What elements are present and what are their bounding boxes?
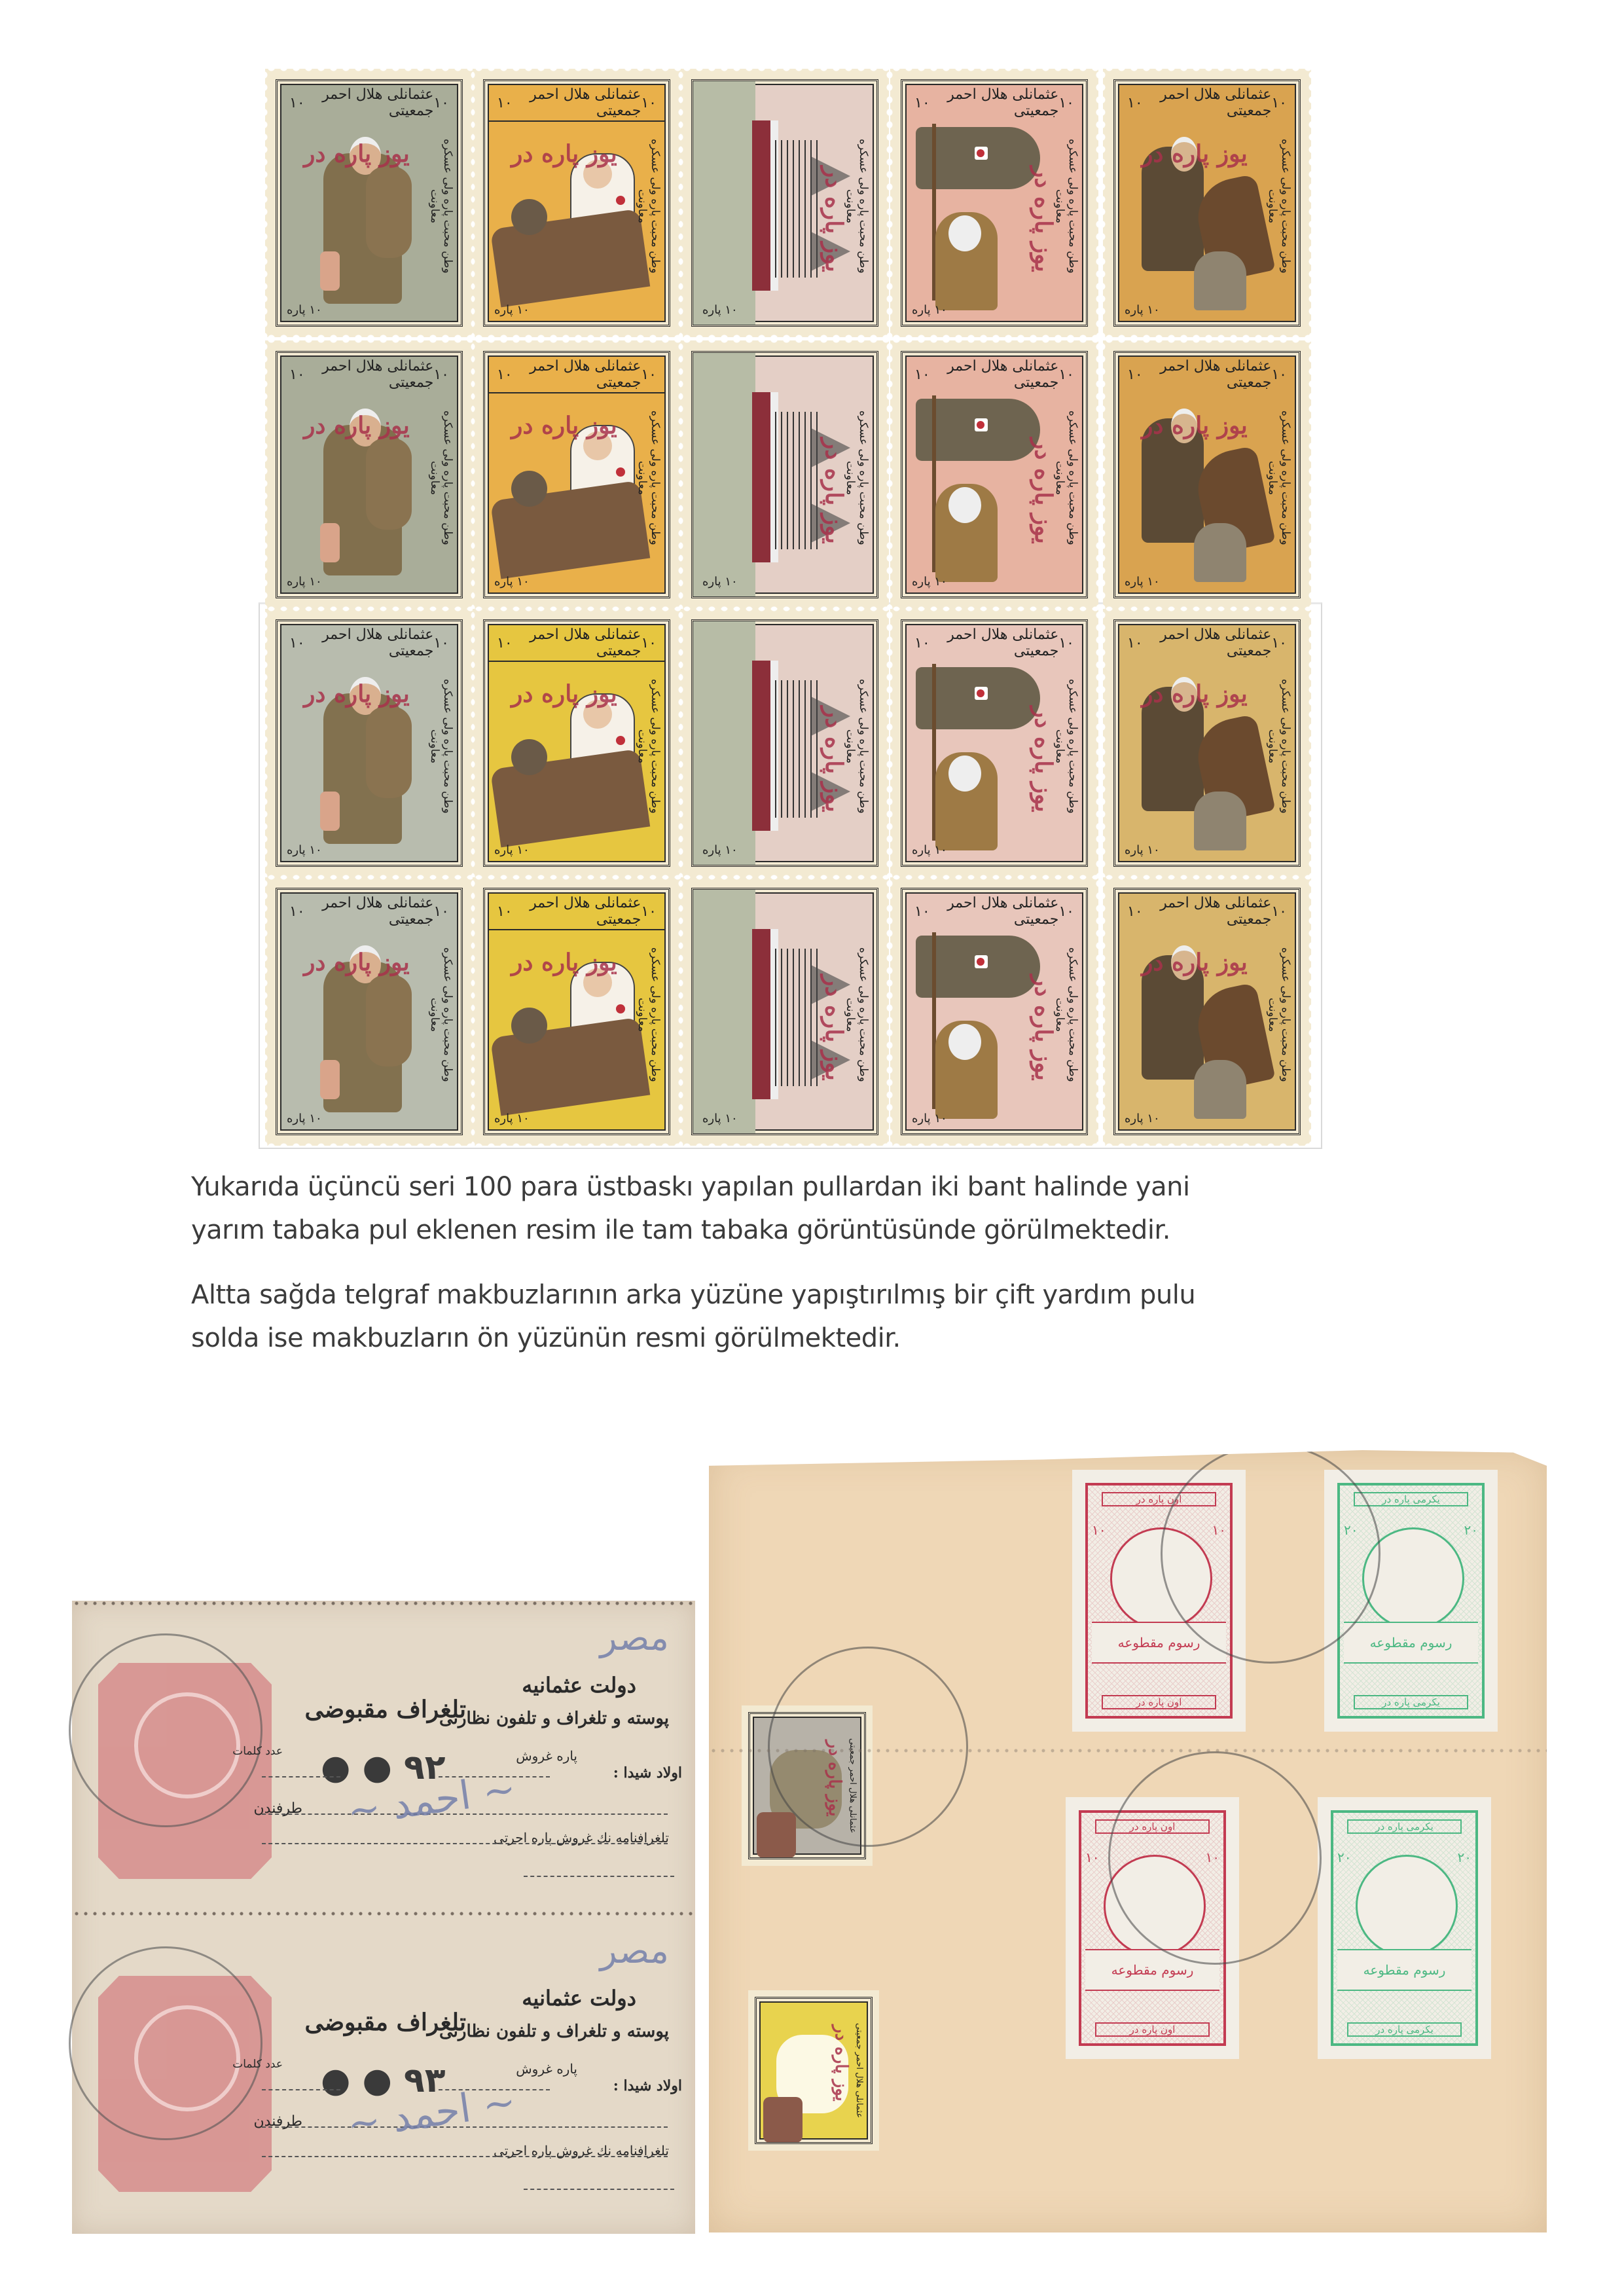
stamp-side-text: وطن محبت پاره ولی عسکره معاونت: [844, 127, 870, 285]
stamp-inscription: عثمانلی هلال احمر جمعیتی: [305, 358, 434, 391]
fiscal-stamp-value: ٢٠: [1458, 1850, 1471, 1865]
stamp-header: ١٠ عثمانلی هلال احمر جمعیتی ١٠: [1119, 625, 1295, 661]
charity-stamp-nurse-with-patient: ١٠ عثمانلی هلال احمر جمعیتی ١٠ وطن محبت …: [473, 69, 681, 337]
postmark-icon: [1108, 1751, 1322, 1965]
tughra-icon: [1356, 1855, 1458, 1957]
stamp-inscription: عثمانلی هلال احمر جمعیتی: [1143, 627, 1272, 659]
charity-stamp-soldier-carrying-wounded: ١٠ عثمانلی هلال احمر جمعیتی ١٠ وطن محبت …: [265, 340, 473, 609]
stamp-value: ١٠: [914, 903, 930, 920]
stamp-overprint: یوز پاره در: [820, 706, 848, 812]
stamp-overprint: یوز پاره در: [1030, 438, 1057, 544]
stamp-frame: ١٠ عثمانلی هلال احمر جمعیتی ١٠ وطن محبت …: [483, 888, 670, 1135]
stamp-overprint: یوز پاره در: [1142, 412, 1248, 439]
stamp-value: ١٠: [641, 95, 657, 111]
fiscal-stamp-value-text: یکرمی پاره در: [1347, 2022, 1462, 2037]
charity-stamp-mounted-soldier: ١٠ عثمانلی هلال احمر جمعیتی ١٠ وطن محبت …: [1103, 609, 1311, 877]
caption-paragraph-2: Altta sağda telgraf makbuzlarının arka y…: [191, 1273, 1435, 1360]
stamp-overprint: یوز پاره در: [511, 140, 617, 168]
stamp-value-label: ١٠ پاره: [287, 303, 322, 317]
stamp-value: ١٠: [497, 95, 513, 111]
charity-stamp-sheet: ١٠ عثمانلی هلال احمر جمعیتی ١٠ وطن محبت …: [265, 69, 1312, 1142]
stamp-value-label: ١٠ پاره: [1125, 303, 1160, 317]
caption-line: Yukarıda üçüncü seri 100 para üstbaskı y…: [191, 1172, 1190, 1202]
telegraph-receipt: دولت عثمانیه تلغراف مقبوضی پوسته و تلغرا…: [72, 1914, 695, 2221]
fiscal-stamp-banner: رسوم مقطوعه: [1337, 1949, 1471, 1991]
stamp-value: ١٠: [1271, 95, 1287, 111]
charity-stamp-nurse-with-patient: ١٠ عثمانلی هلال احمر جمعیتی ١٠ وطن محبت …: [473, 340, 681, 609]
stamp-frame: ١٠ عثمانلی هلال احمر جمعیتی ١٠ وطن محبت …: [483, 79, 670, 327]
stamp-value-label: ١٠ پاره: [1125, 843, 1160, 857]
handwritten-note: مصر: [600, 1617, 669, 1658]
stamp-side-text: وطن محبت پاره ولی عسکره معاونت: [428, 127, 454, 285]
stamp-value: ١٠: [641, 903, 657, 920]
stamp-header: ١٠ عثمانلی هلال احمر جمعیتی ١٠: [281, 894, 457, 929]
stamp-side-text: وطن محبت پاره ولی عسکره معاونت: [1266, 127, 1292, 285]
stamp-header: ١٠ عثمانلی هلال احمر جمعیتی ١٠: [281, 357, 457, 392]
stamp-side-text: وطن محبت پاره ولی عسکره معاونت: [636, 667, 662, 826]
charity-stamp-nurse-with-patient: ١٠ عثمانلی هلال احمر جمعیتی ١٠ وطن محبت …: [473, 877, 681, 1146]
perforation-row: [72, 1911, 695, 1916]
stamp-value: ١٠: [497, 903, 513, 920]
stamp-frame: ١٠ عثمانلی هلال احمر جمعیتی ١٠ وطن محبت …: [901, 351, 1088, 598]
stamp-overprint: یوز پاره در: [511, 949, 617, 976]
stamp-header: ١٠ عثمانلی هلال احمر جمعیتی ١٠: [907, 625, 1082, 661]
stamp-header: ١٠ عثمانلی هلال احمر جمعیتی ١٠: [281, 625, 457, 661]
stamp-value: ١٠: [1127, 635, 1143, 651]
stamp-inscription: عثمانلی هلال احمر جمعیتی: [930, 86, 1059, 119]
stamp-value: ١٠: [1127, 903, 1143, 920]
field-currency: پاره غروش: [516, 1748, 577, 1764]
stamp-value-label: ١٠ پاره: [1125, 575, 1160, 589]
stamp-overprint: یوز پاره در: [1142, 140, 1248, 168]
stamp-overprint: یوز پاره در: [820, 438, 848, 544]
caption-line: Altta sağda telgraf makbuzlarının arka y…: [191, 1280, 1195, 1310]
charity-stamp-flag-bearer-and-medic: ١٠ عثمانلی هلال احمر جمعیتی ١٠ وطن محبت …: [890, 877, 1098, 1146]
stamp-header: ١٠ عثمانلی هلال احمر جمعیتی ١٠: [1119, 894, 1295, 929]
stamp-header: ١٠ عثمانلی هلال احمر جمعیتی ١٠: [489, 625, 664, 662]
receipt-back-with-stamps: عثمانلی هلال احمر جمعیتی یوز پاره در عثم…: [709, 1450, 1547, 2232]
stamp-frame: ١٠ عثمانلی هلال احمر جمعیتی ١٠ وطن محبت …: [483, 351, 670, 598]
stamp-value-label: ١٠ پاره: [287, 1112, 322, 1125]
stamp-side-text: وطن محبت پاره ولی عسکره معاونت: [1266, 399, 1292, 557]
stamp-overprint: یوز پاره در: [820, 975, 848, 1081]
stamp-overprint: یوز پاره در: [1030, 975, 1057, 1081]
stamp-value-label: ١٠ پاره: [702, 303, 738, 317]
stamp-value-label: ١٠ پاره: [494, 1112, 530, 1125]
caption-line: solda ise makbuzların ön yüzünün resmi g…: [191, 1323, 901, 1353]
stamp-side-text: وطن محبت پاره ولی عسکره معاونت: [1053, 399, 1079, 557]
stamp-value-label: ١٠ پاره: [912, 303, 947, 317]
stamp-frame: ١٠ عثمانلی هلال احمر جمعیتی ١٠ وطن محبت …: [276, 619, 463, 867]
stamp-inscription: عثمانلی هلال احمر جمعیتی: [930, 627, 1059, 659]
charity-stamp-flag-bearer-and-medic: ١٠ عثمانلی هلال احمر جمعیتی ١٠ وطن محبت …: [890, 69, 1098, 337]
stamp-overprint: یوز پاره در: [820, 166, 848, 272]
stamp-frame: ١٠ عثمانلی هلال احمر جمعیتی ١٠ وطن محبت …: [901, 888, 1088, 1135]
fiscal-stamp-banner: رسوم مقطوعه: [1344, 1622, 1478, 1664]
caption-line: yarım tabaka pul eklenen resim ile tam t…: [191, 1215, 1170, 1245]
stamp-frame: ١٠ عثمانلی هلال احمر جمعیتی ١٠ وطن محبت …: [276, 351, 463, 598]
stamp-side-text: وطن محبت پاره ولی عسکره معاونت: [1266, 667, 1292, 826]
stamp-header: ١٠ عثمانلی هلال احمر جمعیتی ١٠: [1119, 85, 1295, 120]
stamp-inscription: عثمانلی هلال احمر جمعیتی: [305, 86, 434, 119]
charity-stamp-nurse-with-patient: ١٠ عثمانلی هلال احمر جمعیتی ١٠ وطن محبت …: [473, 609, 681, 877]
stamp-value-label: ١٠ پاره: [287, 843, 322, 857]
stamp-value: ١٠: [1058, 367, 1074, 383]
stamp-side-text: وطن محبت پاره ولی عسکره معاونت: [844, 667, 870, 826]
charity-stamp-hospital-ship: وطن محبت پاره ولی عسکره معاونت ١٠ پاره ی…: [681, 877, 889, 1146]
handwritten-note: مصر: [600, 1930, 669, 1971]
stamp-side-text: وطن محبت پاره ولی عسکره معاونت: [636, 936, 662, 1094]
field-word-count: عدد کلمات: [232, 1745, 283, 1758]
stamp-value: ١٠: [914, 367, 930, 383]
stamp-side-text: وطن محبت پاره ولی عسکره معاونت: [1053, 936, 1079, 1094]
postmark-icon: [1161, 1444, 1380, 1664]
stamp-frame: ١٠ عثمانلی هلال احمر جمعیتی ١٠ وطن محبت …: [1113, 351, 1301, 598]
stamp-value: ١٠: [289, 903, 305, 920]
stamp-header: ١٠ عثمانلی هلال احمر جمعیتی ١٠: [907, 85, 1082, 120]
perforation-row: [72, 1601, 695, 1606]
stamp-frame: وطن محبت پاره ولی عسکره معاونت ١٠ پاره ی…: [691, 351, 878, 598]
stamp-inscription: عثمانلی هلال احمر جمعیتی: [513, 86, 641, 119]
stamp-value-label: ١٠ پاره: [702, 1112, 738, 1125]
stamp-inscription: عثمانلی هلال احمر جمعیتی: [513, 358, 641, 391]
stamp-value-label: ١٠ پاره: [494, 575, 530, 589]
stamp-frame: وطن محبت پاره ولی عسکره معاونت ١٠ پاره ی…: [691, 888, 878, 1135]
charity-stamp-soldier-carrying-wounded: ١٠ عثمانلی هلال احمر جمعیتی ١٠ وطن محبت …: [265, 877, 473, 1146]
fiscal-stamp-value-text: یکرمی پاره در: [1354, 1492, 1468, 1506]
stamp-inscription: عثمانلی هلال احمر جمعیتی: [1143, 86, 1272, 119]
stamp-value-label: ١٠ پاره: [912, 575, 947, 589]
stamp-side-text: وطن محبت پاره ولی عسکره معاونت: [1266, 936, 1292, 1094]
affixed-charity-stamp-nurse-with-patient: عثمانلی هلال احمر جمعیتی یوز پاره در: [748, 1990, 879, 2151]
stamp-side-text: وطن محبت پاره ولی عسکره معاونت: [1053, 667, 1079, 826]
stamp-value: ١٠: [1271, 635, 1287, 651]
charity-stamp-hospital-ship: وطن محبت پاره ولی عسکره معاونت ١٠ پاره ی…: [681, 340, 889, 609]
stamp-header: ١٠ عثمانلی هلال احمر جمعیتی ١٠: [907, 357, 1082, 392]
stamp-overprint: یوز پاره در: [511, 680, 617, 708]
stamp-inscription: عثمانلی هلال احمر جمعیتی: [305, 895, 434, 928]
fiscal-stamp: یکرمی پاره در رسوم مقطوعه یکرمی پاره در …: [1318, 1797, 1491, 2059]
charity-stamp-soldier-carrying-wounded: ١٠ عثمانلی هلال احمر جمعیتی ١٠ وطن محبت …: [265, 69, 473, 337]
stamp-value-label: ١٠ پاره: [287, 575, 322, 589]
stamp-overprint: یوز پاره در: [511, 412, 617, 439]
stamp-frame: ١٠ عثمانلی هلال احمر جمعیتی ١٠ وطن محبت …: [276, 79, 463, 327]
stamp-inscription: عثمانلی هلال احمر جمعیتی: [513, 627, 641, 659]
stamp-value: ١٠: [1058, 903, 1074, 920]
charity-stamp-mounted-soldier: ١٠ عثمانلی هلال احمر جمعیتی ١٠ وطن محبت …: [1103, 877, 1311, 1146]
stamp-inscription: عثمانلی هلال احمر جمعیتی: [305, 627, 434, 659]
stamp-header: ١٠ عثمانلی هلال احمر جمعیتی ١٠: [489, 85, 664, 122]
stamp-value-label: ١٠ پاره: [702, 843, 738, 857]
fiscal-stamp-value-text: اون پاره در: [1102, 1695, 1216, 1709]
stamp-header: ١٠ عثمانلی هلال احمر جمعیتی ١٠: [281, 85, 457, 120]
stamp-frame: ١٠ عثمانلی هلال احمر جمعیتی ١٠ وطن محبت …: [276, 888, 463, 1135]
stamp-value: ١٠: [914, 635, 930, 651]
stamp-inscription: عثمانلی هلال احمر جمعیتی: [1143, 358, 1272, 391]
stamp-value: ١٠: [433, 635, 449, 651]
stamp-value: ١٠: [1271, 903, 1287, 920]
stamp-frame: وطن محبت پاره ولی عسکره معاونت ١٠ پاره ی…: [691, 619, 878, 867]
stamp-value-label: ١٠ پاره: [1125, 1112, 1160, 1125]
stamp-side-text: وطن محبت پاره ولی عسکره معاونت: [428, 936, 454, 1094]
stamp-overprint: یوز پاره در: [1030, 706, 1057, 812]
stamp-value: ١٠: [289, 635, 305, 651]
fiscal-stamp-value: ٢٠: [1464, 1522, 1478, 1538]
receipt-state: دولت عثمانیه: [522, 1673, 636, 1698]
stamp-side-text: وطن محبت پاره ولی عسکره معاونت: [428, 399, 454, 557]
fiscal-stamp-value: ١٠: [1085, 1850, 1099, 1865]
charity-stamp-hospital-ship: وطن محبت پاره ولی عسکره معاونت ١٠ پاره ی…: [681, 609, 889, 877]
stamp-value: ١٠: [497, 367, 513, 383]
perforation-row: [709, 1748, 1547, 1753]
stamp-overprint: یوز پاره در: [1030, 166, 1057, 272]
stamp-value-label: ١٠ پاره: [494, 303, 530, 317]
fiscal-stamp-value-text: یکرمی پاره در: [1347, 1819, 1462, 1834]
stamp-overprint: یوز پاره در: [831, 2025, 851, 2102]
stamp-header: ١٠ عثمانلی هلال احمر جمعیتی ١٠: [489, 357, 664, 393]
stamp-value-label: ١٠ پاره: [494, 843, 530, 857]
stamp-value-label: ١٠ پاره: [912, 843, 947, 857]
charity-stamp-soldier-carrying-wounded: ١٠ عثمانلی هلال احمر جمعیتی ١٠ وطن محبت …: [265, 609, 473, 877]
fiscal-stamp-value: ٢٠: [1337, 1850, 1351, 1865]
stamp-overprint: یوز پاره در: [304, 680, 410, 708]
receipt-ministry: پوسته و تلغراف و تلفون نظارتی: [439, 2022, 669, 2041]
stamp-header: ١٠ عثمانلی هلال احمر جمعیتی ١٠: [489, 894, 664, 930]
caption-paragraph-1: Yukarıda üçüncü seri 100 para üstbaskı y…: [191, 1165, 1435, 1252]
charity-stamp-hospital-ship: وطن محبت پاره ولی عسکره معاونت ١٠ پاره ی…: [681, 69, 889, 337]
stamp-value: ١٠: [433, 95, 449, 111]
stamp-overprint: یوز پاره در: [304, 140, 410, 168]
stamp-value: ١٠: [641, 367, 657, 383]
stamp-value: ١٠: [914, 95, 930, 111]
field-currency: پاره غروش: [516, 2061, 577, 2077]
stamp-side-text: وطن محبت پاره ولی عسکره معاونت: [428, 667, 454, 826]
stamp-frame: عثمانلی هلال احمر جمعیتی یوز پاره در: [755, 1997, 873, 2144]
field-word-count: عدد کلمات: [232, 2058, 283, 2071]
stamp-inscription: عثمانلی هلال احمر جمعیتی: [1143, 895, 1272, 928]
stamp-value: ١٠: [433, 367, 449, 383]
postmark-icon: [69, 1633, 262, 1827]
postmark-icon: [768, 1647, 968, 1847]
stamp-inscription: عثمانلی هلال احمر جمعیتی: [930, 895, 1059, 928]
telegraph-receipt: دولت عثمانیه تلغراف مقبوضی پوسته و تلغرا…: [72, 1601, 695, 1908]
stamp-value: ١٠: [1058, 95, 1074, 111]
stamp-value: ١٠: [1271, 367, 1287, 383]
stamp-inscription: عثمانلی هلال احمر جمعیتی: [930, 358, 1059, 391]
field-label: اولاد شیدا :: [613, 1764, 682, 1781]
stamp-frame: وطن محبت پاره ولی عسکره معاونت ١٠ پاره ی…: [691, 79, 878, 327]
fiscal-stamp-value-text: یکرمی پاره در: [1354, 1695, 1468, 1709]
stamp-side-text: وطن محبت پاره ولی عسکره معاونت: [1053, 127, 1079, 285]
stamp-overprint: یوز پاره در: [304, 412, 410, 439]
stamp-value: ١٠: [1127, 367, 1143, 383]
stamp-value: ١٠: [433, 903, 449, 920]
stamp-overprint: یوز پاره در: [304, 949, 410, 976]
charity-stamp-mounted-soldier: ١٠ عثمانلی هلال احمر جمعیتی ١٠ وطن محبت …: [1103, 340, 1311, 609]
stamp-frame: ١٠ عثمانلی هلال احمر جمعیتی ١٠ وطن محبت …: [1113, 888, 1301, 1135]
receipt-ministry: پوسته و تلغراف و تلفون نظارتی: [439, 1709, 669, 1728]
stamp-value: ١٠: [289, 367, 305, 383]
charity-stamp-flag-bearer-and-medic: ١٠ عثمانلی هلال احمر جمعیتی ١٠ وطن محبت …: [890, 609, 1098, 877]
stamp-value: ١٠: [497, 635, 513, 651]
stamp-overprint: یوز پاره در: [1142, 680, 1248, 708]
stamp-frame: ١٠ عثمانلی هلال احمر جمعیتی ١٠ وطن محبت …: [901, 79, 1088, 327]
charity-stamp-mounted-soldier: ١٠ عثمانلی هلال احمر جمعیتی ١٠ وطن محبت …: [1103, 69, 1311, 337]
stamp-value: ١٠: [289, 95, 305, 111]
postmark-icon: [69, 1946, 262, 2140]
stamp-value: ١٠: [1127, 95, 1143, 111]
stamp-value-label: ١٠ پاره: [702, 575, 738, 589]
caption: Yukarıda üçüncü seri 100 para üstbaskı y…: [191, 1165, 1435, 1381]
stamp-frame: ١٠ عثمانلی هلال احمر جمعیتی ١٠ وطن محبت …: [901, 619, 1088, 867]
field-label: اولاد شیدا :: [613, 2077, 682, 2094]
fiscal-stamp-value: ١٠: [1092, 1522, 1106, 1538]
stamp-inscription: عثمانلی هلال احمر جمعیتی: [513, 895, 641, 928]
stamp-header: ١٠ عثمانلی هلال احمر جمعیتی ١٠: [907, 894, 1082, 929]
telegraph-receipts-front: دولت عثمانیه تلغراف مقبوضی پوسته و تلغرا…: [72, 1601, 695, 2234]
stamp-side-text: وطن محبت پاره ولی عسکره معاونت: [636, 399, 662, 557]
stamp-side-text: وطن محبت پاره ولی عسکره معاونت: [844, 399, 870, 557]
stamp-side-text: وطن محبت پاره ولی عسکره معاونت: [636, 127, 662, 285]
stamp-value: ١٠: [641, 635, 657, 651]
stamp-frame: ١٠ عثمانلی هلال احمر جمعیتی ١٠ وطن محبت …: [1113, 79, 1301, 327]
stamp-frame: ١٠ عثمانلی هلال احمر جمعیتی ١٠ وطن محبت …: [1113, 619, 1301, 867]
stamp-header: ١٠ عثمانلی هلال احمر جمعیتی ١٠: [1119, 357, 1295, 392]
stamp-side-text: وطن محبت پاره ولی عسکره معاونت: [844, 936, 870, 1094]
receipt-state: دولت عثمانیه: [522, 1986, 636, 2011]
stamp-value: ١٠: [1058, 635, 1074, 651]
stamp-value-label: ١٠ پاره: [912, 1112, 947, 1125]
charity-stamp-flag-bearer-and-medic: ١٠ عثمانلی هلال احمر جمعیتی ١٠ وطن محبت …: [890, 340, 1098, 609]
stamp-overprint: یوز پاره در: [1142, 949, 1248, 976]
fiscal-stamp-value-text: اون پاره در: [1095, 2022, 1210, 2037]
stamp-frame: ١٠ عثمانلی هلال احمر جمعیتی ١٠ وطن محبت …: [483, 619, 670, 867]
